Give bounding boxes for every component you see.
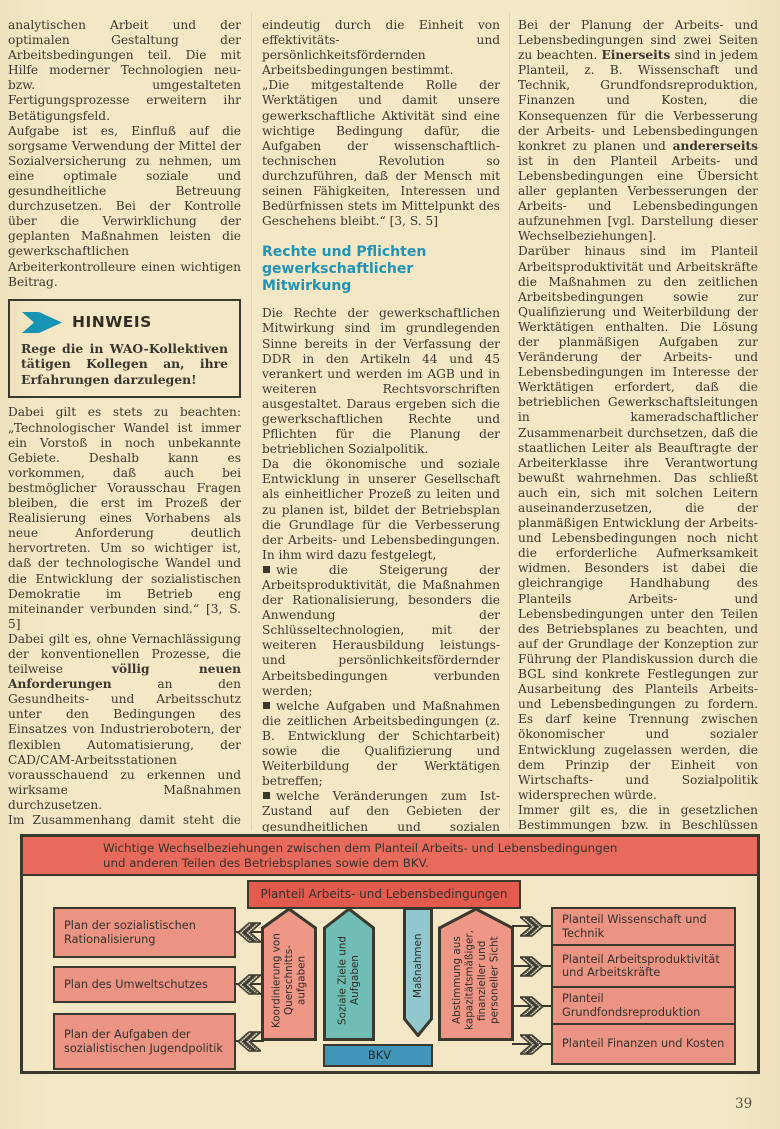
hinweis-arrow-icon (21, 311, 63, 334)
planteil-box-grundfondsreproduktion: Planteil Grundfondsreproduktion (551, 986, 736, 1025)
paragraph: eindeutig durch die Einheit von effektiv… (262, 18, 500, 78)
column-divider (251, 12, 252, 830)
chevron-left-icon (235, 1031, 261, 1052)
chevron-right-icon (520, 956, 546, 977)
page-number: 39 (735, 1096, 752, 1112)
scanned-page: analytischen Arbeit und der optimalen Ge… (0, 0, 780, 1129)
chevron-left-icon (235, 974, 261, 995)
flow-arrow-massnahmen: Maßnahmen (403, 907, 433, 1037)
planteil-box-arbeitsproduktivitaet: Planteil Arbeitsproduk­tivität und Arbei… (551, 944, 736, 989)
paragraph: Die Rechte der gewerkschaftlichen Mitwir… (262, 306, 500, 457)
center-box-planteil-arbeits-lebensbedingungen: Planteil Arbeits- und Lebensbedingungen (247, 880, 521, 909)
paragraph: Darüber hinaus sind im Planteil Arbeitsp… (518, 244, 758, 802)
paragraph: Im Zusammenhang damit steht die praktisc… (8, 813, 241, 830)
left-column: analytischen Arbeit und der optimalen Ge… (8, 18, 241, 830)
chevron-right-icon (520, 1034, 546, 1055)
paragraph: Dabei gilt es stets zu beachten: „Techno… (8, 405, 241, 631)
paragraph: Bei der Planung der Arbeits- und Lebensb… (518, 18, 758, 244)
plan-box-umweltschutz: Plan des Umweltschutzes (53, 966, 236, 1003)
flow-arrow-soziale-ziele: Soziale Ziele und Aufgaben (323, 907, 375, 1041)
chevron-right-icon (520, 996, 546, 1017)
section-heading: Rechte und Pflichten gewerkschaftlicher … (262, 244, 500, 295)
bullet-item: wie die Steigerung der Arbeitsproduktivi… (262, 563, 500, 699)
planteil-box-wissenschaft-technik: Planteil Wissenschaft und Technik (551, 907, 736, 946)
hinweis-header: HINWEIS (21, 311, 228, 334)
chevron-left-icon (235, 922, 261, 943)
hinweis-box: HINWEIS Rege die in WAO-Kollektiven täti… (8, 299, 241, 399)
bullet-item: welche Veränderungen zum Ist-Zustand auf… (262, 789, 500, 832)
middle-column: eindeutig durch die Einheit von effektiv… (262, 18, 500, 832)
diagram-title: Wichtige Wechselbeziehungen zwischen dem… (103, 841, 703, 870)
paragraph: „Die mitgestaltende Rolle der Werktätige… (262, 78, 500, 229)
planteil-box-finanzen-kosten: Planteil Finanzen und Kosten (551, 1023, 736, 1065)
paragraph: Dabei gilt es, ohne Vernachlässigung der… (8, 632, 241, 813)
column-divider (509, 12, 510, 830)
diagram-title-banner: Wichtige Wechselbeziehungen zwischen dem… (23, 837, 757, 876)
paragraph: Aufgabe ist es, Einfluß auf die sorgsame… (8, 124, 241, 290)
flow-arrow-abstimmung: Abstimmung aus kapazitäts­mäßiger, finan… (438, 907, 514, 1041)
paragraph: analytischen Arbeit und der optimalen Ge… (8, 18, 241, 124)
paragraph: Immer gilt es, die in gesetzlichen Besti… (518, 803, 758, 832)
bullet-item: welche Aufgaben und Maßnahmen die zeitli… (262, 699, 500, 790)
hinweis-title: HINWEIS (72, 315, 152, 330)
hinweis-text: Rege die in WAO-Kollektiven tätigen Koll… (21, 341, 228, 388)
right-column: Bei der Planung der Arbeits- und Lebensb… (518, 18, 758, 832)
diagram-wechselbeziehungen: Wichtige Wechselbeziehungen zwischen dem… (20, 834, 760, 1074)
plan-box-jugendpolitik: Plan der Aufgaben der sozialistischen Ju… (53, 1013, 236, 1070)
paragraph: Da die ökonomische und soziale Entwicklu… (262, 457, 500, 563)
chevron-right-icon (520, 916, 546, 937)
flow-arrow-koordinierung: Koordinierung von Querschnitts­aufgaben (261, 907, 317, 1041)
plan-box-rationalisierung: Plan der sozialistischen Rationalisierun… (53, 907, 236, 958)
bkv-box: BKV (323, 1044, 433, 1067)
